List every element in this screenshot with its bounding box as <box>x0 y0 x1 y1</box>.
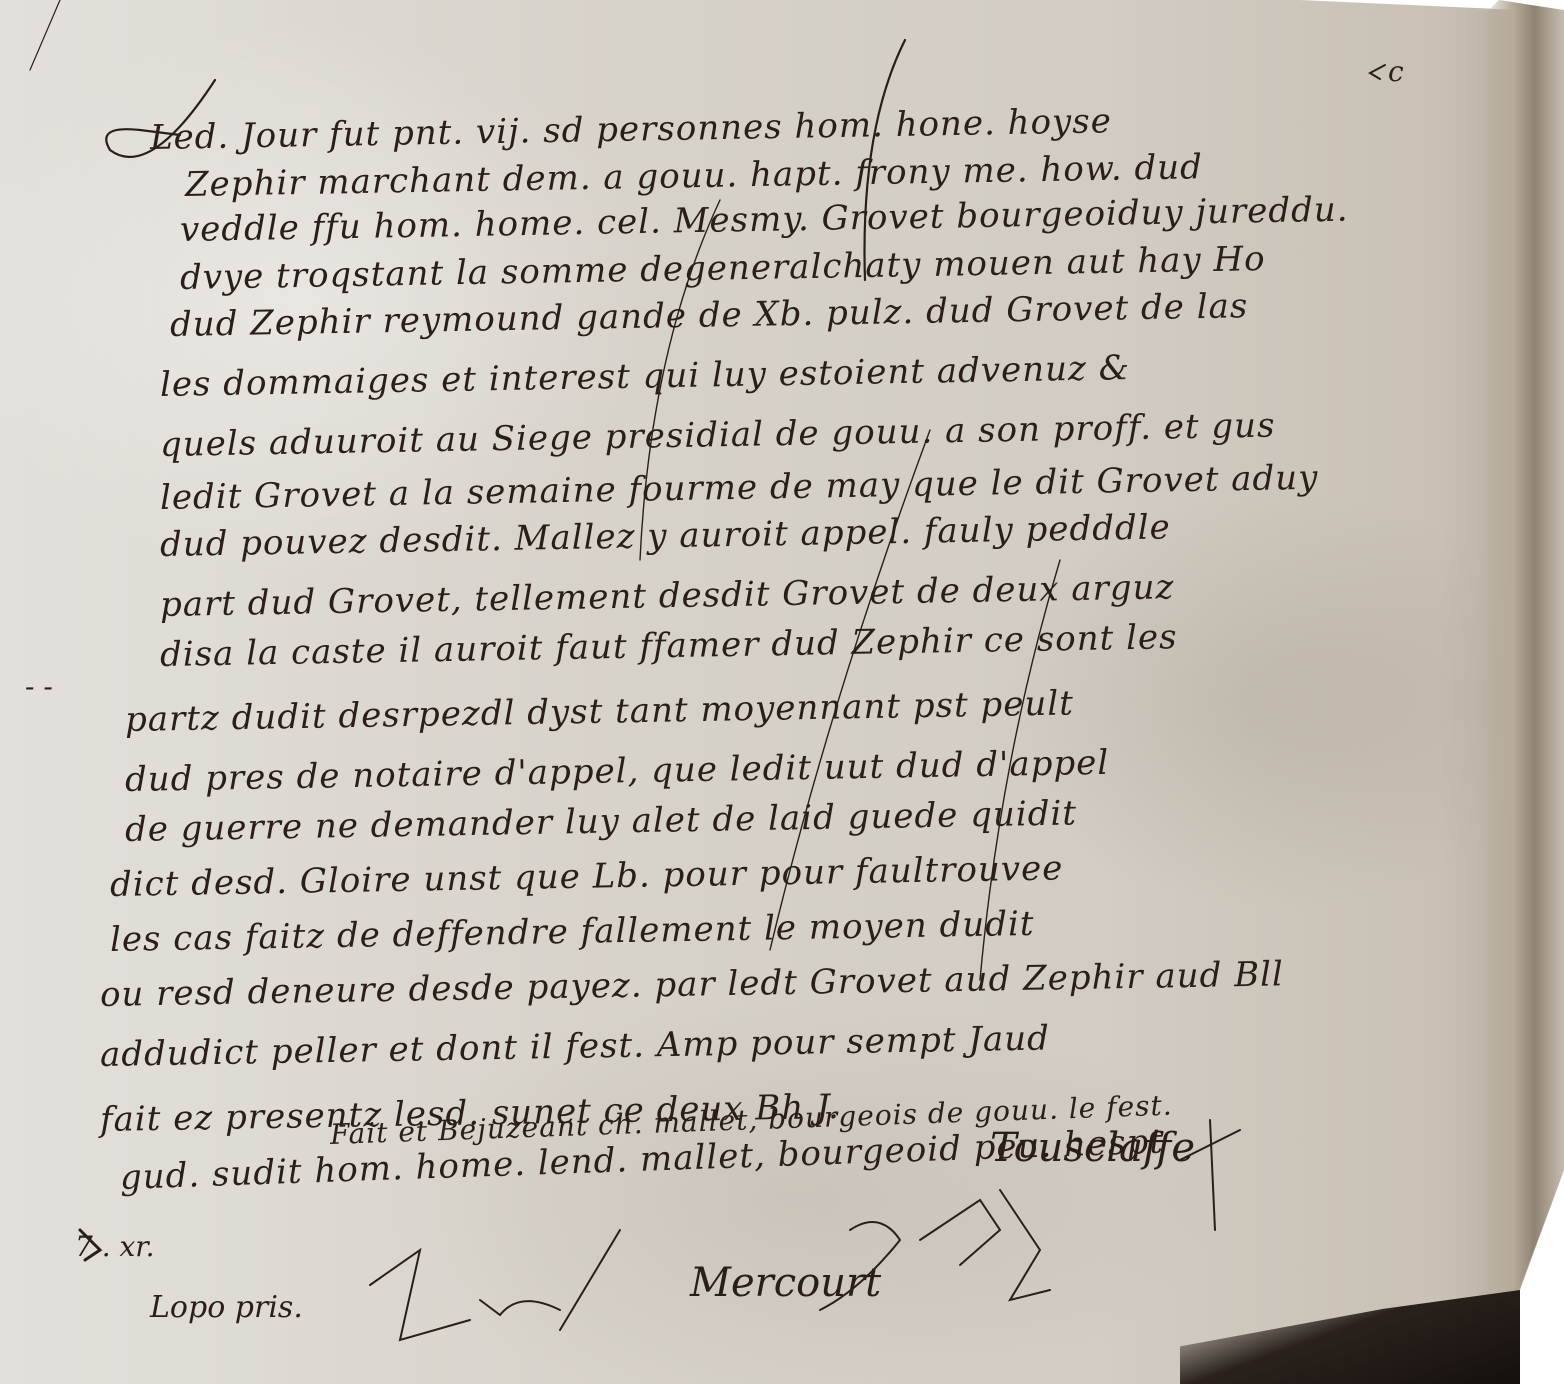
margin-mark-left: - - <box>25 670 53 703</box>
margin-mark-top-right: c <box>1388 55 1404 88</box>
margin-mark-bottom-left: 7 . xr. <box>75 1230 155 1263</box>
signature-mercourt: Mercourt <box>690 1260 881 1306</box>
signature-lopo-pris: Lopo pris. <box>150 1290 303 1325</box>
page-edge <box>1479 0 1564 1384</box>
signature-tousclaffe: Tousclaffe <box>990 1125 1195 1171</box>
